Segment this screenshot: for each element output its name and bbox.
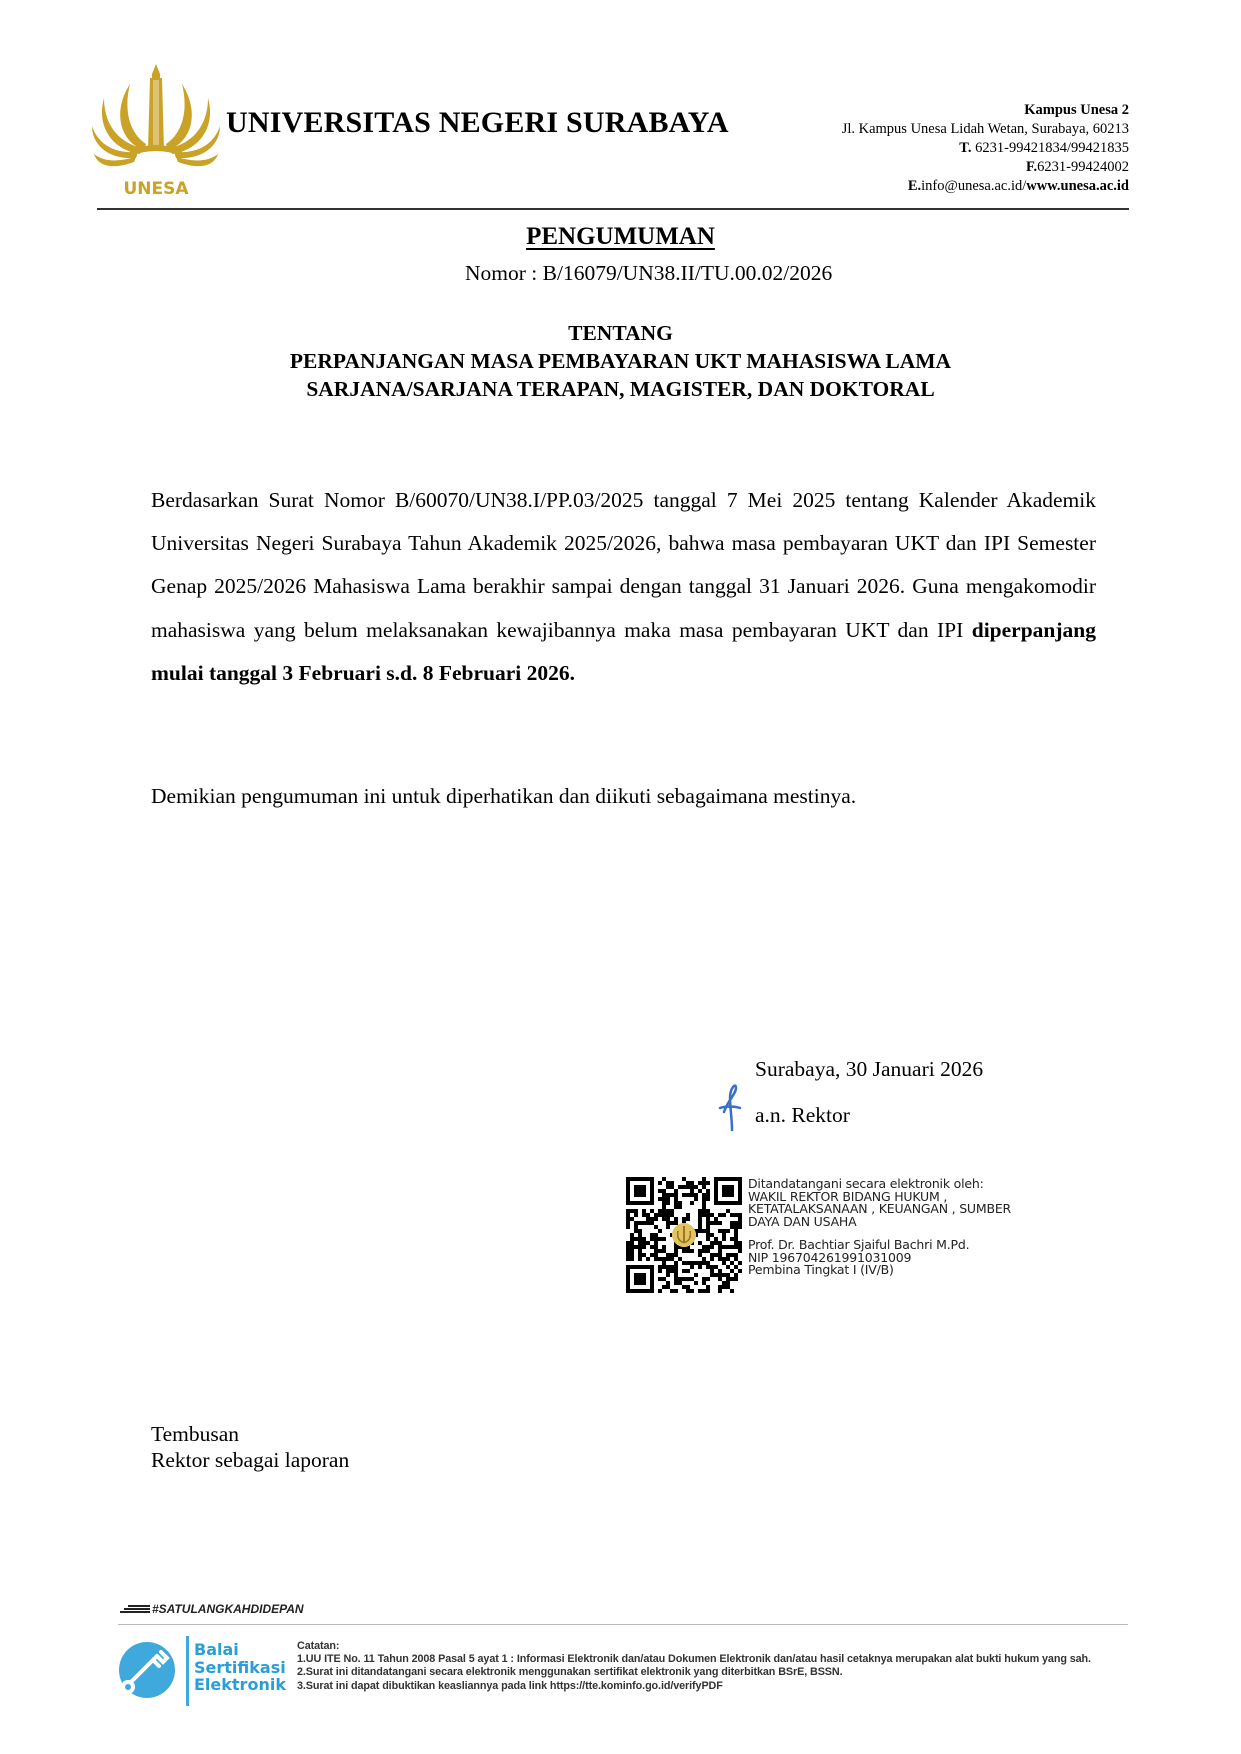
subject-block: TENTANG PERPANJANGAN MASA PEMBAYARAN UKT… (0, 319, 1241, 403)
subject-line-2: SARJANA/SARJANA TERAPAN, MAGISTER, DAN D… (0, 375, 1241, 403)
cc-label: Tembusan (151, 1421, 349, 1447)
website-link[interactable]: www.unesa.ac.id (1026, 178, 1129, 194)
signer-position-3: DAYA DAN USAHA (748, 1216, 1011, 1229)
closing-sentence: Demikian pengumuman ini untuk diperhatik… (151, 784, 856, 809)
cc-recipient: Rektor sebagai laporan (151, 1447, 349, 1473)
campus-name: Kampus Unesa 2 (842, 101, 1129, 120)
email-link[interactable]: info@unesa.ac.id/ (921, 178, 1026, 194)
bsre-name: Balai Sertifikasi Elektronik (194, 1641, 286, 1694)
qr-code-icon[interactable] (626, 1177, 742, 1293)
unesa-logo-icon: UNESA (90, 62, 222, 198)
place-date: Surabaya, 30 Januari 2026 (755, 1057, 983, 1082)
carbon-copy-block: Tembusan Rektor sebagai laporan (151, 1421, 349, 1473)
address: Jl. Kampus Unesa Lidah Wetan, Surabaya, … (842, 120, 1129, 139)
document-number: Nomor : B/16079/UN38.II/TU.00.02/2026 (465, 261, 832, 286)
footer-divider (118, 1624, 1128, 1625)
document-type-title: PENGUMUMAN (0, 223, 1241, 251)
initial-mark-icon (716, 1078, 744, 1134)
fax: F.6231-99424002 (842, 158, 1129, 177)
electronic-signature-info: Ditandatangani secara elektronik oleh: W… (748, 1178, 1011, 1277)
bsre-divider (186, 1636, 189, 1706)
body-paragraph: Berdasarkan Surat Nomor B/60070/UN38.I/P… (151, 479, 1096, 695)
header-divider (97, 208, 1129, 210)
note-3[interactable]: 3.Surat ini dapat dibuktikan keasliannya… (297, 1680, 1091, 1693)
about-label: TENTANG (0, 319, 1241, 347)
phone: T. 6231-99421834/99421835 (842, 139, 1129, 158)
body-regular-text: Berdasarkan Surat Nomor B/60070/UN38.I/P… (151, 488, 1096, 642)
on-behalf-of: a.n. Rektor (755, 1103, 850, 1128)
hashtag-tagline: #SATULANGKAHDIDEPAN (120, 1602, 304, 1616)
note-1: 1.UU ITE No. 11 Tahun 2008 Pasal 5 ayat … (297, 1653, 1091, 1666)
signer-rank: Pembina Tingkat I (IV/B) (748, 1264, 1011, 1277)
notes-title: Catatan: (297, 1640, 1091, 1653)
speed-lines-icon (120, 1604, 150, 1614)
contact-block: Kampus Unesa 2 Jl. Kampus Unesa Lidah We… (842, 101, 1129, 196)
notes-block: Catatan: 1.UU ITE No. 11 Tahun 2008 Pasa… (297, 1640, 1091, 1693)
university-name: UNIVERSITAS NEGERI SURABAYA (226, 106, 729, 140)
note-2: 2.Surat ini ditandatangani secara elektr… (297, 1666, 1091, 1679)
subject-line-1: PERPANJANGAN MASA PEMBAYARAN UKT MAHASIS… (0, 347, 1241, 375)
email-website: E.info@unesa.ac.id/www.unesa.ac.id (842, 177, 1129, 196)
svg-text:UNESA: UNESA (123, 179, 189, 198)
bsre-key-logo-icon (117, 1640, 177, 1700)
